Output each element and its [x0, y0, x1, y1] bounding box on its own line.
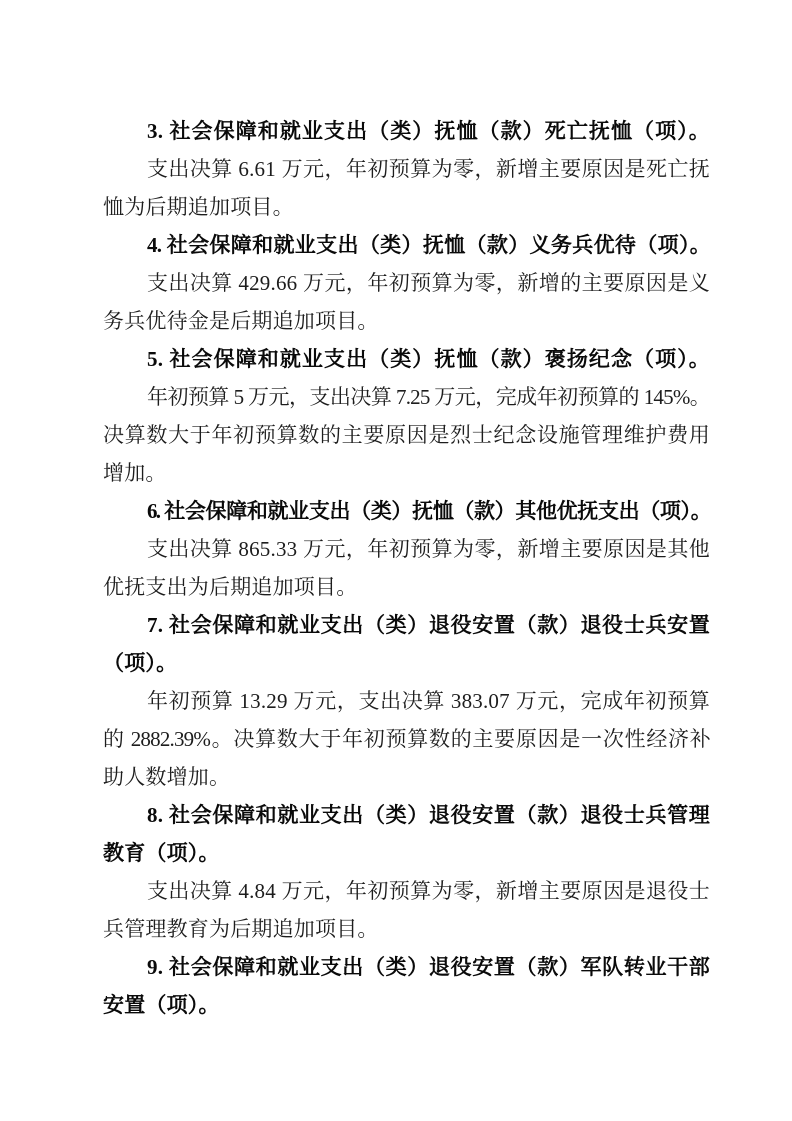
section-7-heading-line: 7. 社会保障和就业支出（类）退役安置（款）退役士兵安置: [103, 606, 710, 644]
section-7: 7. 社会保障和就业支出（类）退役安置（款）退役士兵安置 （项）。 年初预算 1…: [103, 606, 710, 796]
section-6-body-line: 支出决算 865.33 万元，年初预算为零，新增主要原因是其他: [103, 530, 710, 568]
section-9-heading-line: 9. 社会保障和就业支出（类）退役安置（款）军队转业干部: [103, 948, 710, 986]
section-3-body-line: 恤为后期追加项目。: [103, 188, 710, 226]
section-7-body-line: 年初预算 13.29 万元，支出决算 383.07 万元，完成年初预算: [103, 682, 710, 720]
section-3: 3. 社会保障和就业支出（类）抚恤（款）死亡抚恤（项）。 支出决算 6.61 万…: [103, 112, 710, 226]
section-8: 8. 社会保障和就业支出（类）退役安置（款）退役士兵管理 教育（项）。 支出决算…: [103, 796, 710, 948]
section-6: 6. 社会保障和就业支出（类）抚恤（款）其他优抚支出（项）。 支出决算 865.…: [103, 492, 710, 606]
section-7-body-line: 的 2882.39%。决算数大于年初预算数的主要原因是一次性经济补: [103, 720, 710, 758]
section-6-body-line: 优抚支出为后期追加项目。: [103, 568, 710, 606]
section-5: 5. 社会保障和就业支出（类）抚恤（款）褒扬纪念（项）。 年初预算 5 万元，支…: [103, 340, 710, 492]
section-5-body-line: 决算数大于年初预算数的主要原因是烈士纪念设施管理维护费用: [103, 416, 710, 454]
document-page: 3. 社会保障和就业支出（类）抚恤（款）死亡抚恤（项）。 支出决算 6.61 万…: [0, 0, 792, 1121]
section-4-body-line: 务兵优待金是后期追加项目。: [103, 302, 710, 340]
section-3-body-line: 支出决算 6.61 万元，年初预算为零，新增主要原因是死亡抚: [103, 150, 710, 188]
section-5-heading-line: 5. 社会保障和就业支出（类）抚恤（款）褒扬纪念（项）。: [103, 340, 710, 378]
section-8-heading-line: 8. 社会保障和就业支出（类）退役安置（款）退役士兵管理: [103, 796, 710, 834]
section-5-body-line: 年初预算 5 万元，支出决算 7.25 万元，完成年初预算的 145%。: [103, 378, 710, 416]
section-4-heading-line: 4. 社会保障和就业支出（类）抚恤（款）义务兵优待（项）。: [103, 226, 710, 264]
section-9-heading-line: 安置（项）。: [103, 986, 710, 1024]
section-6-heading-line: 6. 社会保障和就业支出（类）抚恤（款）其他优抚支出（项）。: [103, 492, 710, 530]
section-8-heading-line: 教育（项）。: [103, 834, 710, 872]
section-8-body-line: 支出决算 4.84 万元，年初预算为零，新增主要原因是退役士: [103, 872, 710, 910]
section-4: 4. 社会保障和就业支出（类）抚恤（款）义务兵优待（项）。 支出决算 429.6…: [103, 226, 710, 340]
section-4-body-line: 支出决算 429.66 万元，年初预算为零，新增的主要原因是义: [103, 264, 710, 302]
section-9: 9. 社会保障和就业支出（类）退役安置（款）军队转业干部 安置（项）。: [103, 948, 710, 1024]
document-content: 3. 社会保障和就业支出（类）抚恤（款）死亡抚恤（项）。 支出决算 6.61 万…: [103, 112, 710, 1024]
section-7-body-line: 助人数增加。: [103, 758, 710, 796]
section-3-heading-line: 3. 社会保障和就业支出（类）抚恤（款）死亡抚恤（项）。: [103, 112, 710, 150]
section-5-body-line: 增加。: [103, 454, 710, 492]
section-8-body-line: 兵管理教育为后期追加项目。: [103, 910, 710, 948]
section-7-heading-line: （项）。: [103, 644, 710, 682]
